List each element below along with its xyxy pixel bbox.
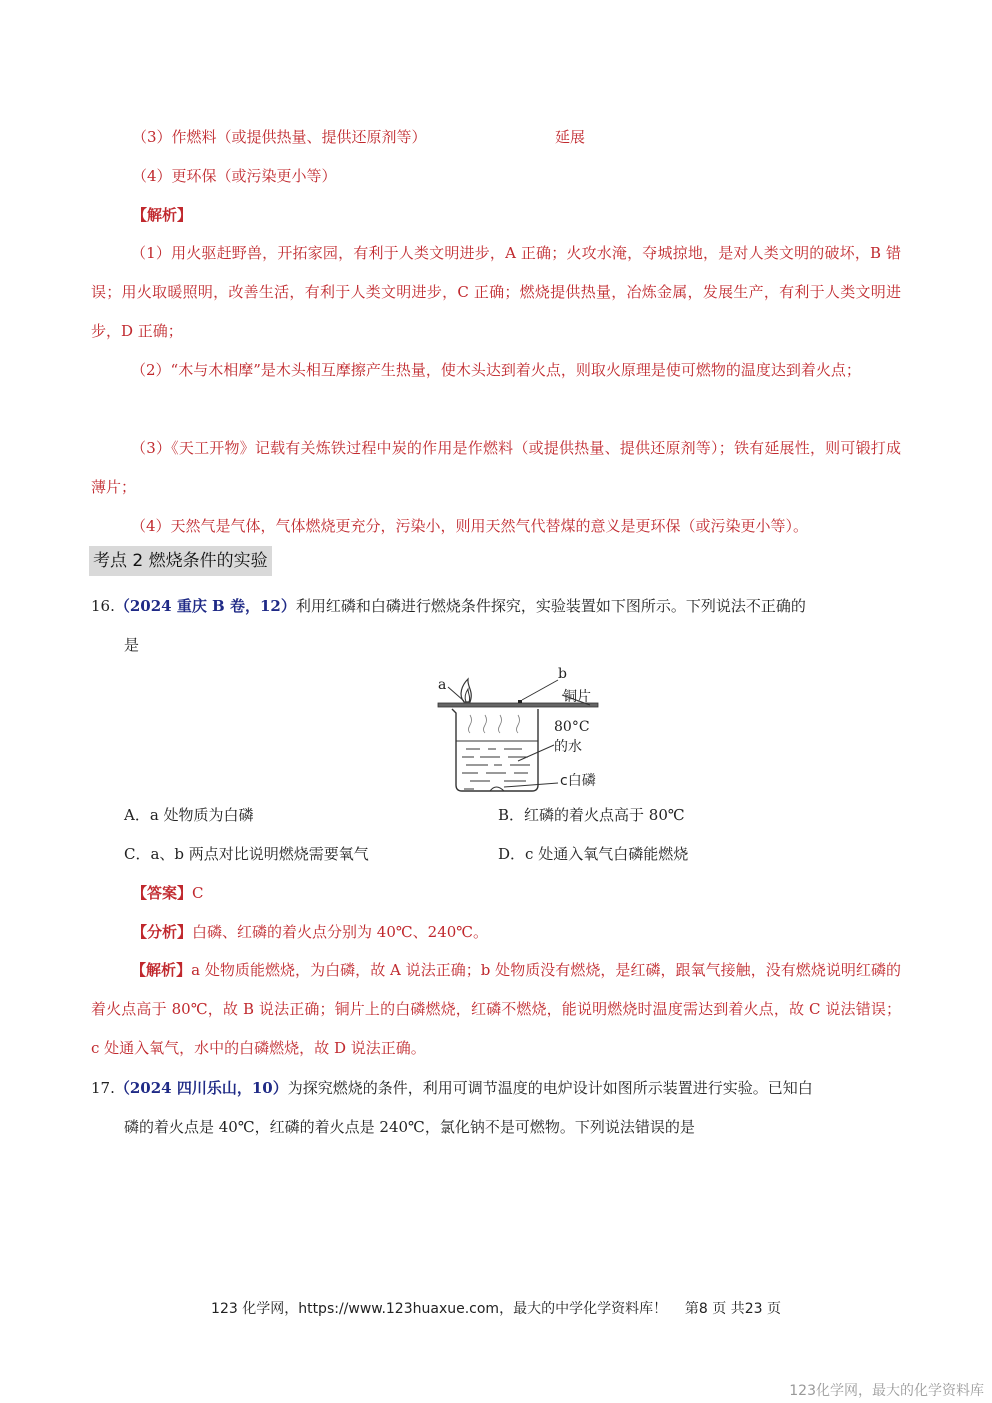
watermark: 123化学网，最大的化学资料库	[789, 1380, 984, 1400]
page-number: 第8 页 共23 页	[685, 1301, 781, 1317]
beaker-apparatus-diagram: a b 铜片 80°C 的水 c白磷	[430, 665, 610, 795]
section-heading: 考点 2 燃烧条件的实验	[89, 546, 272, 576]
explanation-paragraph: 【解析】a 处物质能燃烧，为白磷，故 A 说法正确；b 处物质没有燃烧，是红磷，…	[91, 951, 901, 1068]
analysis-paragraph-2: （2）“木与木相摩”是木头相互摩擦产生热量，使木头达到着火点，则取火原理是使可燃…	[91, 351, 901, 390]
analysis-label: 【解析】	[132, 205, 192, 225]
figure-label-water: 的水	[554, 738, 582, 755]
question-16-stem: 16.（2024 重庆 B 卷，12）利用红磷和白磷进行燃烧条件探究，实验装置如…	[91, 596, 806, 616]
analysis-label-16: 【分析】	[132, 923, 192, 941]
option-b: B．红磷的着火点高于 80℃	[498, 805, 685, 825]
page-footer: 123 化学网，https://www.123huaxue.com，最大的中学化…	[0, 1298, 992, 1318]
explanation-label: 【解析】	[131, 961, 191, 979]
answer-value: C	[192, 884, 203, 902]
option-d: D．c 处通入氧气白磷能燃烧	[498, 844, 688, 864]
option-a: A．a 处物质为白磷	[124, 805, 254, 825]
answer-item-3-extra: 延展	[555, 127, 585, 147]
figure-label-a: a	[438, 677, 446, 693]
question-number: 17.	[91, 1079, 115, 1097]
analysis-paragraph-4: （4）天然气是气体，气体燃烧更充分，污染小，则用天然气代替煤的意义是更环保（或污…	[91, 507, 901, 546]
footer-site-text: 123 化学网，https://www.123huaxue.com，最大的中学化…	[211, 1301, 667, 1317]
explanation-text: a 处物质能燃烧，为白磷，故 A 说法正确；b 处物质没有燃烧，是红磷，跟氧气接…	[91, 961, 901, 1057]
question-stem-text: 为探究燃烧的条件，利用可调节温度的电炉设计如图所示装置进行实验。已知白	[288, 1079, 813, 1097]
question-16-stem-cont: 是	[124, 635, 139, 655]
option-c: C．a、b 两点对比说明燃烧需要氧气	[124, 844, 369, 864]
question-17-stem-cont: 磷的着火点是 40℃，红磷的着火点是 240℃，氯化钠不是可燃物。下列说法错误的…	[124, 1117, 695, 1137]
analysis-text-16: 白磷、红磷的着火点分别为 40℃、240℃。	[192, 923, 488, 941]
answer-line: 【答案】C	[132, 883, 204, 903]
answer-item-3-text: （3）作燃料（或提供热量、提供还原剂等）	[132, 128, 427, 146]
analysis-paragraph-1: （1）用火驱赶野兽，开拓家园，有利于人类文明进步，A 正确；火攻水淹，夺城掠地，…	[91, 234, 901, 351]
question-stem-text: 利用红磷和白磷进行燃烧条件探究，实验装置如下图所示。下列说法不正确的	[296, 597, 806, 615]
question-number: 16.	[91, 597, 115, 615]
figure-label-temp: 80°C	[554, 719, 590, 735]
question-17-stem: 17.（2024 四川乐山，10）为探究燃烧的条件，利用可调节温度的电炉设计如图…	[91, 1078, 813, 1098]
analysis-paragraph-3: （3）《天工开物》记载有关炼铁过程中炭的作用是作燃料（或提供热量、提供还原剂等）…	[91, 429, 901, 507]
question-source: （2024 重庆 B 卷，12）	[115, 597, 296, 615]
question-source: （2024 四川乐山，10）	[115, 1079, 288, 1097]
figure-label-b: b	[558, 666, 567, 682]
experiment-figure: a b 铜片 80°C 的水 c白磷	[430, 665, 610, 795]
analysis-line: 【分析】白磷、红磷的着火点分别为 40℃、240℃。	[132, 922, 488, 942]
figure-label-copper: 铜片	[563, 688, 591, 705]
answer-item-4: （4）更环保（或污染更小等）	[132, 166, 337, 186]
answer-item-3: （3）作燃料（或提供热量、提供还原剂等）	[132, 127, 427, 147]
figure-label-c: c白磷	[560, 772, 596, 789]
answer-label: 【答案】	[132, 884, 192, 902]
